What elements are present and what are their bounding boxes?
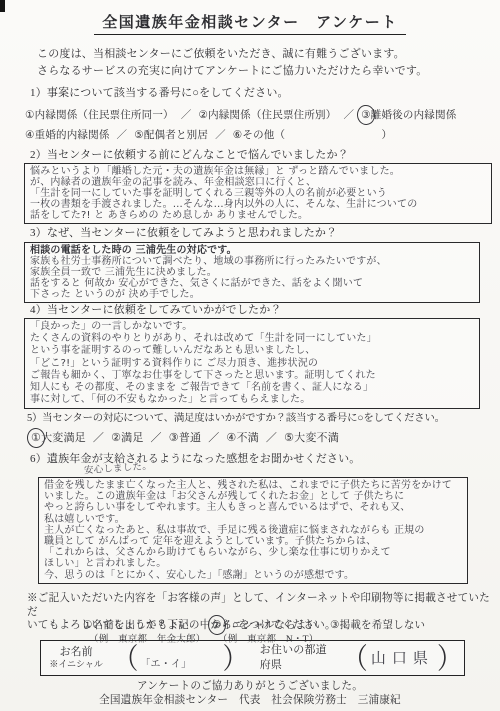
option-separator: ／ [201,431,226,446]
question-3-label: 3）なぜ、当センターに依頼をしてみようと思われましたか？ [30,226,337,241]
handwritten-line: 「どこ?!」という証明する資料作りに ご尽力頂き、進捗状況の [30,358,474,370]
q1-option-6-number: ⑥ [233,128,243,143]
q1-option-5: ⑤配偶者と別居 [134,128,208,143]
handwritten-line: 私は嬉しいです。 [44,514,462,525]
question-5-options-row: ①大変満足 ／ ②満足 ／ ③普通 ／ ④不満 ／ ⑤大変不満 [31,431,339,446]
name-field-labels: お名前 ※イニシャル [41,646,111,670]
q1-option-1-label: 内縁関係（住民票住所同一） [35,110,174,121]
handwritten-line: 悩みというより「離婚した元・夫の遺族年金は無縁」と ずっと踏んでいました。 [30,166,486,177]
option-separator: ／ [110,128,135,143]
intro-line-1: この度は、当相談センターにご依頼をいただき、誠に有難うございます。 [37,46,427,63]
handwritten-line: 「これからは、父さんから助けてもらいながら、少し楽な仕事に切りかえて [44,547,462,558]
survey-document: { "header": { "title": "全国遺族年金相談センター アンケ… [0,0,500,711]
publish-option-3-label: 掲載を希望しない [340,620,426,631]
open-paren: （ [341,644,370,673]
q5-option-5-label: 大変不満 [294,432,339,444]
option-separator: ／ [208,128,233,143]
question-2-label: 2）当センターに依頼する前にどんなことで悩んでいましたか？ [30,148,349,163]
question-1-options-row-2: ④重婚的内縁関係 ／ ⑤配偶者と別居 ／ ⑥その他（ ） [25,128,392,143]
publish-option-2-number-circled: ② [212,618,222,633]
publish-option-3: ③掲載を希望しない [330,618,425,633]
handwritten-line: いました。この遺族年金は「お父さんが残してくれたお金」として 子供たちに [44,491,462,502]
q5-option-3: ③普通 [169,431,201,446]
publish-option-3-number: ③ [330,618,340,633]
handwritten-line: ご報告も細かく、丁寧なお仕事をして下さったと思います。証明してくれた [30,370,474,382]
question-6-answer-box: 借金を残したまま亡くなった主人と、残された私は、これまでに子供たちに苦労をかけて… [38,477,468,584]
q5-option-4-label: 不満 [236,432,258,444]
q1-option-2: ②内縁関係（住民票住所別） [198,108,336,123]
q1-option-2-number: ② [198,108,208,123]
q5-option-1-selected: ①大変満足 [31,431,86,446]
q5-option-4-number: ④ [226,431,236,446]
publish-option-1-label: 名前を出してもよい [93,620,189,631]
question-3-answer-box: 相談の電話をした時の 三浦先生の対応です。 家族も社労士事務所について調べたり、… [24,242,480,303]
q1-option-6-label: その他（ ） [242,130,392,141]
question-1-options-row-1: ①内縁関係（住民票住所同一） ／ ②内縁関係（住民票住所別） ／ ③離婚後の内縁… [25,108,456,123]
handwritten-line: 職員として がんばって 定年を迎えようとしています。子供たちからは、 [44,536,462,547]
open-paren: （ [111,644,140,673]
handwritten-line: 相談の電話をした時の 三浦先生の対応です。 [30,245,474,256]
handwritten-line: 下さった というのが 決め手でした。 [30,289,474,300]
handwritten-line: 主人が亡くなったあと、私は事故で、手足に残る後遺症に悩まされながらも 正規の [44,525,462,536]
q5-option-4: ④不満 [226,431,258,446]
q5-option-2-number: ② [111,431,121,446]
intro-line-2: さらなるサービスの充実に向けてアンケートにご協力いただけたら幸いです。 [37,63,427,80]
question-1-label: 1）事案について該当する番号に○をしてください。 [30,86,289,101]
q5-option-2-label: 満足 [121,432,143,444]
handwritten-line: 事に対して、「何の不安もなかった」と言ってもらえました。 [30,394,474,406]
q1-option-4-number: ④ [25,128,35,143]
intro-text: この度は、当相談センターにご依頼をいただき、誠に有難うございます。 さらなるサー… [37,46,427,80]
q5-option-5: ⑤大変不満 [284,431,339,446]
handwritten-line: 知人にも その都度、そのままを ご報告できて「名前を書く、証人になる」 [30,382,474,394]
q1-option-4: ④重婚的内縁関係 [25,128,110,143]
scan-artifact-mark [0,0,4,11]
option-separator: ／ [174,108,199,123]
q1-option-3-label: 離婚後の内縁関係 [371,110,457,121]
q1-option-2-label: 内縁関係（住民票住所別） [208,110,336,121]
question-4-label: 4）当センターに依頼をしてみていかがでしたか？ [30,303,282,318]
q5-option-1-number-circled: ① [31,431,41,446]
q5-option-3-label: 普通 [179,432,201,444]
handwritten-line: ほしい」と言われました。 [44,558,462,569]
handwritten-line: 家族全員一致で 三浦先生に決めました。 [30,267,474,278]
q1-option-1: ①内縁関係（住民票住所同一） [25,108,174,123]
q1-option-3-number-circled: ③ [361,108,371,123]
handwritten-line: 話をしてた?! と あきらめの ため息しか ありませんでした。 [30,210,486,221]
option-separator: ／ [86,431,111,446]
close-paren: ） [221,644,250,673]
question-2-answer-box: 悩みというより「離婚した元・夫の遺族年金は無縁」と ずっと踏んでいました。 が、… [24,163,492,224]
name-value-handwritten: 「エ・イ」 [140,659,220,670]
question-4-answer-box: 「良かった」の一言しかないです。 たくさんの資料のやりとりがあり、それは改めて「… [24,318,480,409]
handwritten-line: 家族も社労士事務所について調べたり、地域の事務所に行ったみたいですが、 [30,256,474,267]
q5-option-2: ②満足 [111,431,143,446]
handwritten-line: たくさんの資料のやりとりがあり、それは改めて「生計を同一にしていた」 [30,333,474,345]
q1-option-3-selected: ③離婚後の内縁関係 [361,108,456,123]
page-header: 全国遺族年金相談センター アンケート [0,11,500,35]
option-separator: ／ [259,431,284,446]
handwritten-line: 今、思うのは「とにかく、安心した」「感謝」というのが感想です。 [44,570,462,581]
handwritten-line: 借金を残したまま亡くなった主人と、残された私は、これまでに子供たちに苦労をかけて [44,480,462,491]
handwritten-line: という事を証明するのって難しいんだなあとも思いましたし、 [30,345,474,357]
publish-option-1-number: ① [83,618,93,633]
option-separator: ／ [144,431,169,446]
handwritten-line: 「良かった」の一言しかないです。 [30,321,474,333]
handwritten-line: 話をすると 何故か 安心ができた、気さくに話ができた、話をよく聞いて [30,278,474,289]
name-label: お名前 [41,646,111,659]
question-6-label: 6）遺族年金が支給されるようになった感想をお聞かせください。 [30,452,361,467]
q1-option-1-number: ① [25,108,35,123]
q1-option-5-label: 配偶者と別居 [144,130,208,141]
initial-note-label: ※イニシャル [41,659,111,670]
handwritten-line: 一枚の書類を手渡されました。…そんな…身内以外の人に、そんな、生計についての [30,199,486,210]
q5-option-3-number: ③ [169,431,179,446]
handwritten-line: が、内縁者の遺族年金の記事を読み、年金相談窓口に行くと、 [30,177,486,188]
prefecture-label: お住いの都道府県 [260,643,335,673]
publish-option-2-label: イニシャルならよい [222,620,318,631]
q1-option-6: ⑥その他（ ） [233,128,392,143]
question-5-label: 5）当センターの対応について、満足度はいかがですか？該当する番号に○をしてくださ… [27,411,445,426]
signature-line: 全国遺族年金相談センター 代表 社会保険労務士 三浦康紀 [0,693,500,708]
q1-option-4-label: 重婚的内縁関係 [35,130,110,141]
handwritten-line: 「生計を同一にしていた事を証明してくれる三親等外の人の名前が必要という [30,188,486,199]
q1-option-5-number: ⑤ [134,128,144,143]
prefecture-value-handwritten: 山口県 [370,653,435,664]
q5-option-1-label: 大変満足 [41,432,86,444]
handwritten-line: やっと誇らしい事をしてやれます。主人もきっと喜んでいるはずで、それも又、 [44,502,462,513]
q5-option-5-number: ⑤ [284,431,294,446]
thanks-line: アンケートのご協力ありがとうございました。 [0,679,500,694]
page-title: 全国遺族年金相談センター アンケート [94,11,406,35]
name-prefecture-box: お名前 ※イニシャル （ 「エ・イ」 ） お住いの都道府県 （ 山口県 ） [40,640,465,676]
publication-note-line-1: ※ご記入いただいた内容を「お客様の声」として、インターネットや印刷物等に掲載させ… [27,592,500,619]
close-paren: ） [435,644,464,673]
